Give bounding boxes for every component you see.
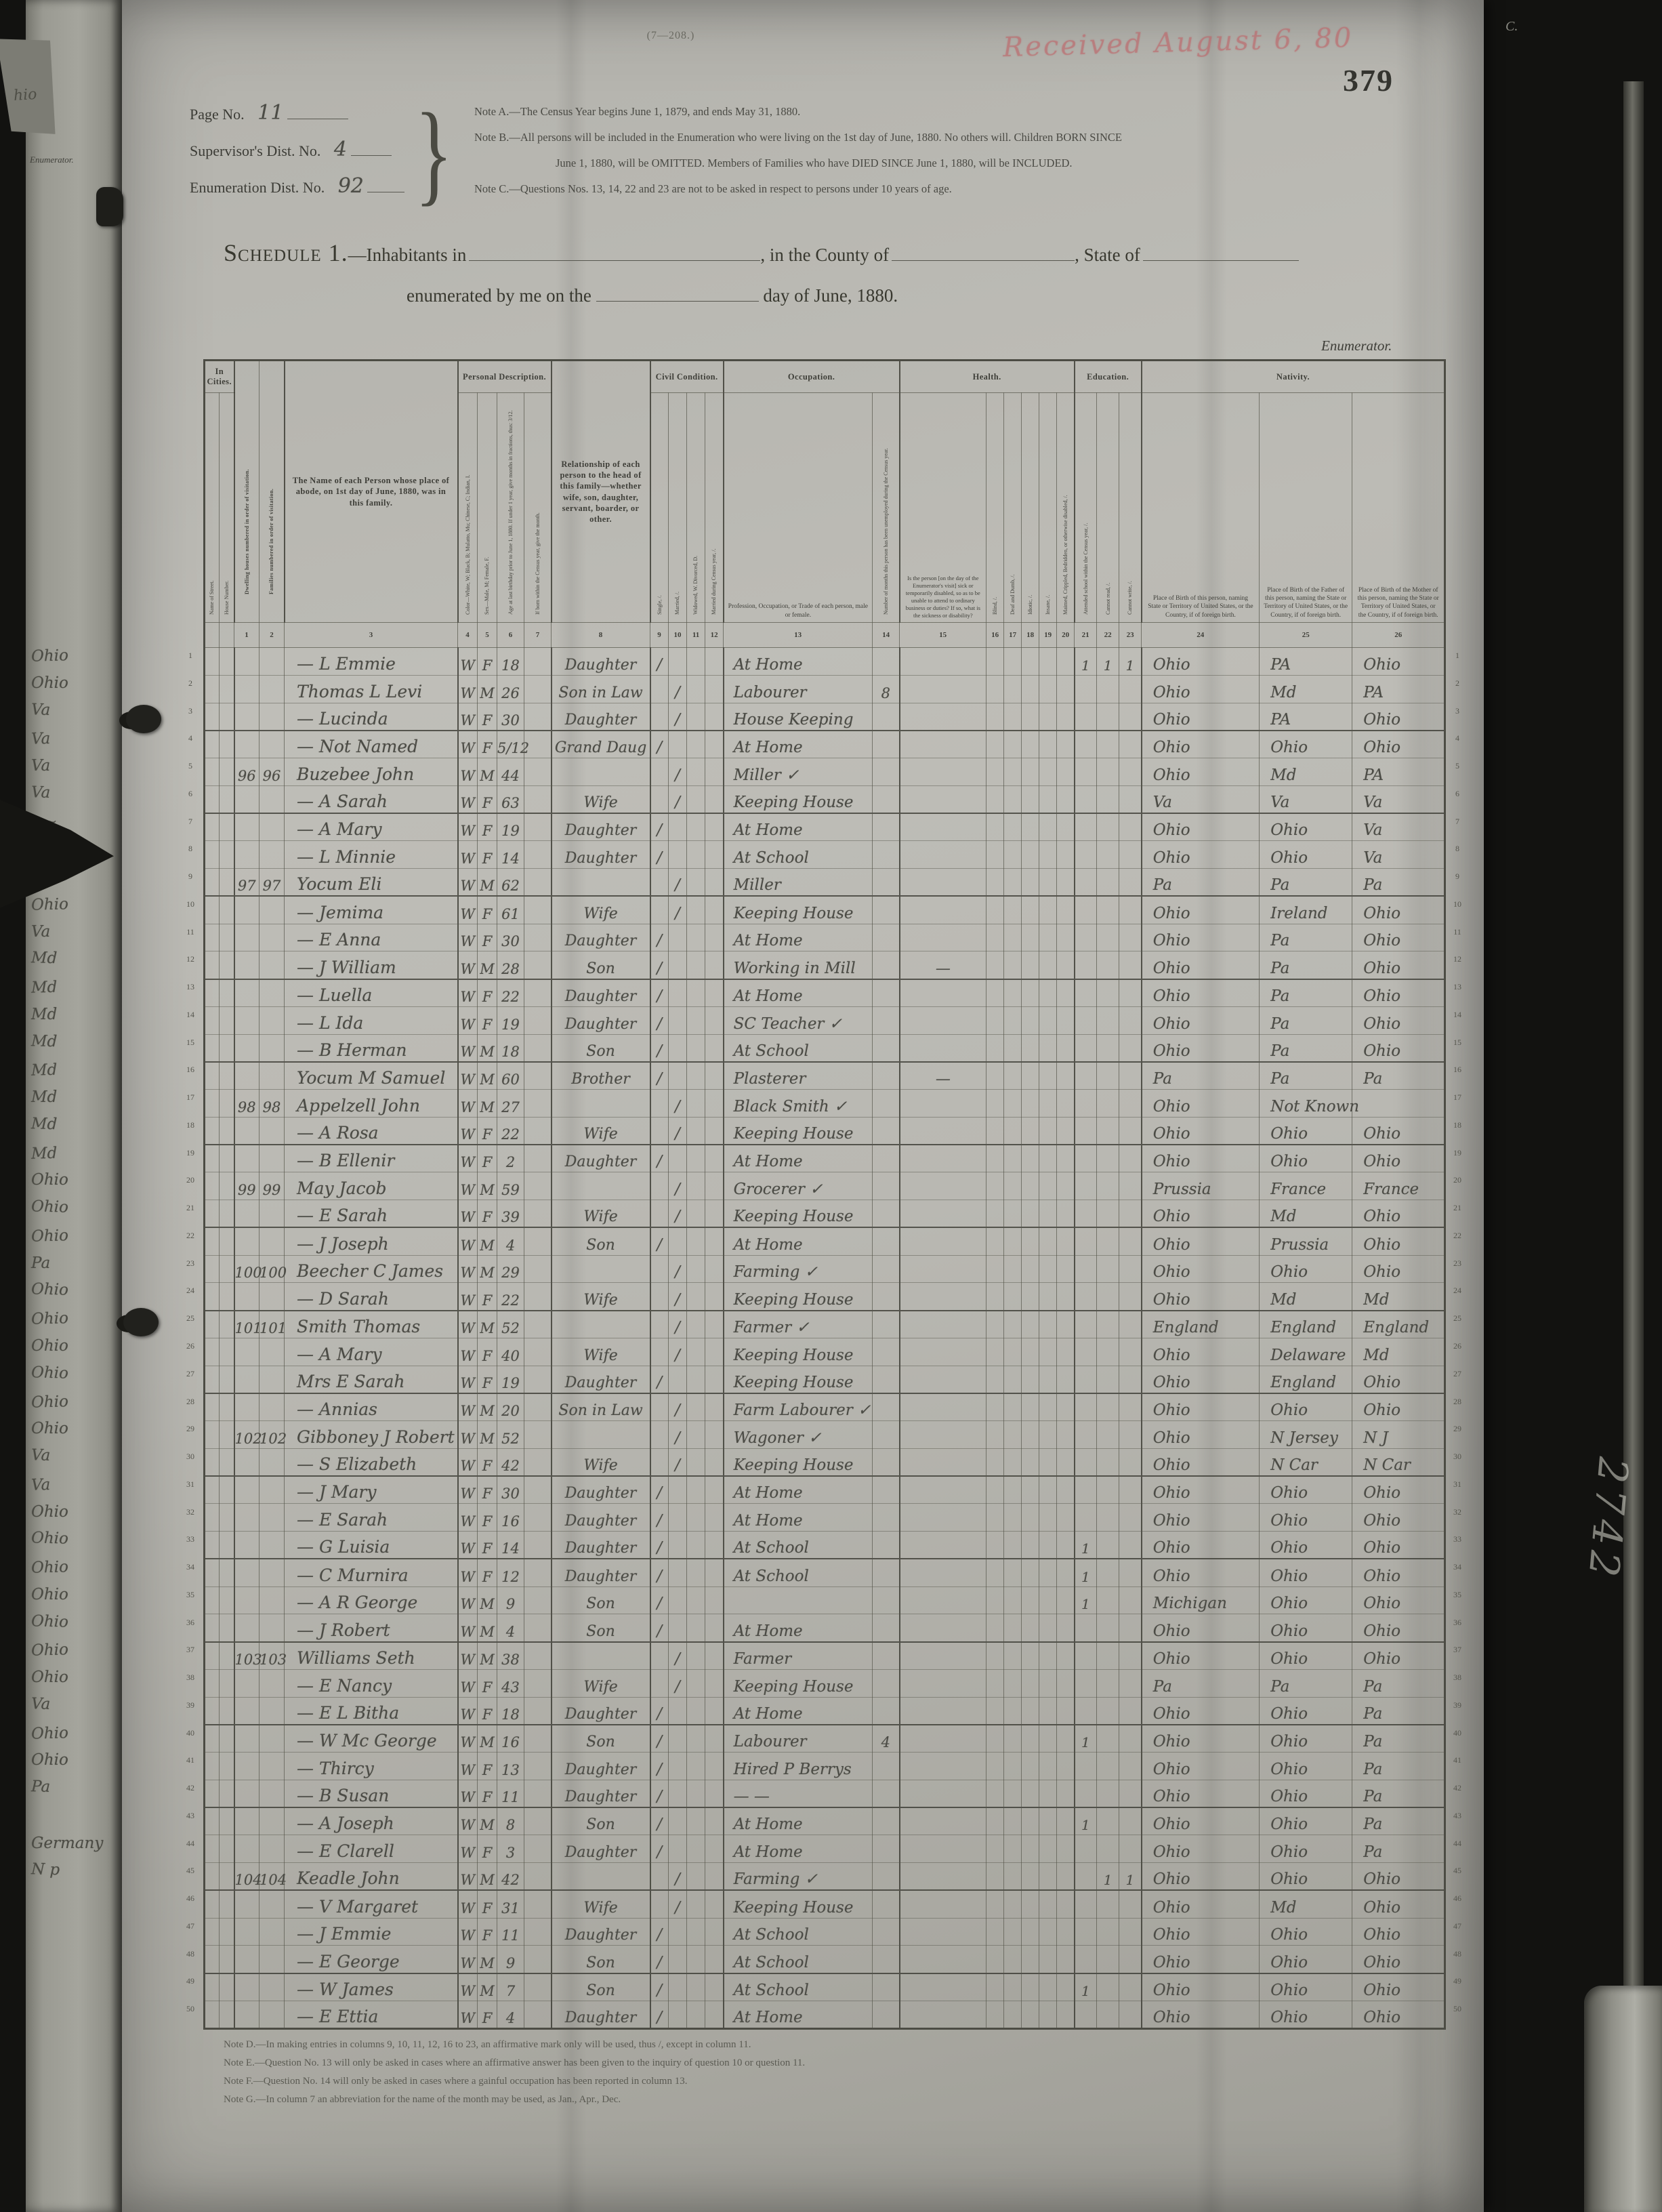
- column-number: 25: [1260, 623, 1352, 648]
- cell-cannot-write: [1119, 1062, 1142, 1090]
- row-number: 20: [180, 1175, 201, 1185]
- cell-dwelling-no: [234, 1283, 259, 1311]
- cell-birthplace-father: Pa: [1260, 1062, 1352, 1090]
- census-table-body: — L EmmieWF18Daughter/At Home111OhioPAOh…: [205, 648, 1445, 2029]
- cell-maimed: [1057, 1559, 1075, 1586]
- cell-single: /: [650, 1973, 669, 2001]
- cell-unemployed-months: [873, 1145, 900, 1172]
- cell-cannot-read: [1097, 1559, 1119, 1586]
- table-row: — D SarahWF22Wife/Keeping HouseOhioMdMd: [205, 1283, 1445, 1311]
- cell-maimed: [1057, 1227, 1075, 1255]
- prev-page-entry: Ohio: [31, 1309, 120, 1328]
- cell-birthplace-self: England: [1142, 1311, 1260, 1338]
- cell-deaf: [1004, 1255, 1022, 1283]
- cell-married: [669, 1145, 687, 1172]
- cell-occupation: At Home: [724, 979, 873, 1007]
- cell-insane: [1039, 1172, 1057, 1200]
- cell-family-no: [259, 1283, 285, 1311]
- cell-family-no: [259, 1973, 285, 2001]
- cell-deaf: [1004, 1614, 1022, 1642]
- cell-color: W: [458, 1227, 478, 1255]
- cell-widowed: [687, 1669, 705, 1697]
- prev-page-entry: Ohio: [31, 1612, 120, 1632]
- cell-dwelling-no: [234, 1338, 259, 1366]
- prev-page-entry: Ohio: [31, 894, 120, 914]
- cell-deaf: [1004, 1697, 1022, 1725]
- cell-maimed: [1057, 1393, 1075, 1421]
- cell-deaf: [1004, 813, 1022, 841]
- cell-occupation: Keeping House: [724, 785, 873, 813]
- cell-attended-school: [1075, 785, 1097, 813]
- cell-idiotic: [1022, 1034, 1039, 1062]
- cell-month-born: [524, 758, 552, 786]
- cell-cannot-write: [1119, 1448, 1142, 1476]
- cell-unemployed-months: [873, 1863, 900, 1891]
- cell-insane: [1039, 813, 1057, 841]
- cell-attended-school: [1075, 1890, 1097, 1918]
- binder-ring: [126, 705, 161, 733]
- cell-married-census-year: [705, 951, 724, 979]
- cell-cannot-read: [1097, 841, 1119, 869]
- rule: [287, 119, 348, 119]
- cell-birthplace-father: Pa: [1260, 1006, 1352, 1034]
- cell-cannot-read: [1097, 1227, 1119, 1255]
- cell-house: [220, 1338, 234, 1366]
- cell-maimed: [1057, 2001, 1075, 2028]
- cell-birthplace-mother: Ohio: [1352, 1532, 1445, 1559]
- cell-occupation: At Home: [724, 2001, 873, 2028]
- col-deaf: Deaf and Dumb, /.: [1004, 393, 1022, 623]
- cell-attended-school: [1075, 675, 1097, 703]
- cell-family-no: 100: [259, 1255, 285, 1283]
- row-number: 44: [180, 1839, 201, 1849]
- cell-single: /: [650, 648, 669, 676]
- group-in-cities: In Cities.: [205, 361, 234, 393]
- cell-married: /: [669, 1338, 687, 1366]
- cell-attended-school: [1075, 1835, 1097, 1863]
- cell-name: Buzebee John: [285, 758, 458, 786]
- cell-insane: [1039, 1227, 1057, 1255]
- cell-street: [205, 758, 220, 786]
- column-number: 12: [705, 623, 724, 648]
- prev-page-entry: Va: [31, 701, 120, 720]
- cell-name: — Thircy: [285, 1753, 458, 1780]
- cell-name: — J Joseph: [285, 1227, 458, 1255]
- cell-married-census-year: [705, 1145, 724, 1172]
- cell-cannot-read: [1097, 869, 1119, 897]
- cell-widowed: [687, 1476, 705, 1504]
- cell-birthplace-father: Ohio: [1260, 1973, 1352, 2001]
- column-number: 8: [552, 623, 650, 648]
- cell-month-born: [524, 1780, 552, 1807]
- cell-relationship: [552, 1863, 650, 1891]
- cell-insane: [1039, 785, 1057, 813]
- cell-birthplace-self: Ohio: [1142, 1200, 1260, 1228]
- cell-widowed: [687, 785, 705, 813]
- cell-attended-school: 1: [1075, 1725, 1097, 1753]
- cell-sex: F: [478, 979, 497, 1007]
- cell-dwelling-no: [234, 1973, 259, 2001]
- cell-birthplace-self: Ohio: [1142, 1448, 1260, 1476]
- cell-birthplace-father: Ohio: [1260, 1780, 1352, 1807]
- cell-cannot-read: [1097, 2001, 1119, 2028]
- cell-maimed: [1057, 979, 1075, 1007]
- cell-blind: [986, 1946, 1004, 1973]
- table-row: Mrs E SarahWF19Daughter/Keeping HouseOhi…: [205, 1366, 1445, 1393]
- table-row: — A MaryWF19Daughter/At HomeOhioOhioVa: [205, 813, 1445, 841]
- cell-insane: [1039, 1034, 1057, 1062]
- cell-birthplace-self: Ohio: [1142, 1393, 1260, 1421]
- cell-month-born: [524, 1090, 552, 1118]
- cell-cannot-read: [1097, 1532, 1119, 1559]
- page-no-label: Page No.: [190, 106, 245, 123]
- cell-birthplace-self: Ohio: [1142, 924, 1260, 951]
- cell-month-born: [524, 1586, 552, 1614]
- row-number: 23: [180, 1258, 201, 1269]
- cell-occupation: Keeping House: [724, 1117, 873, 1145]
- cell-name: Beecher C James: [285, 1255, 458, 1283]
- cell-color: W: [458, 1145, 478, 1172]
- row-number: 25: [1447, 1313, 1468, 1324]
- cell-idiotic: [1022, 1669, 1039, 1697]
- cell-name: — D Sarah: [285, 1283, 458, 1311]
- row-number: 45: [1447, 1866, 1468, 1876]
- cell-family-no: 104: [259, 1863, 285, 1891]
- cell-sick: [900, 1532, 986, 1559]
- cell-birthplace-mother: Ohio: [1352, 1504, 1445, 1532]
- row-number: 13: [1447, 982, 1468, 992]
- cell-insane: [1039, 1062, 1057, 1090]
- note-g: Note G.—In column 7 an abbreviation for …: [224, 2091, 1416, 2109]
- row-number: 29: [1447, 1424, 1468, 1434]
- row-number: 20: [1447, 1175, 1468, 1185]
- cell-street: [205, 1669, 220, 1697]
- cell-color: W: [458, 1697, 478, 1725]
- cell-attended-school: [1075, 1145, 1097, 1172]
- cell-street: [205, 1504, 220, 1532]
- cell-married: [669, 648, 687, 676]
- cell-house: [220, 1034, 234, 1062]
- cell-sex: F: [478, 1366, 497, 1393]
- col-month-born: If born within the Census year, give the…: [524, 393, 552, 623]
- cell-deaf: [1004, 1393, 1022, 1421]
- blank-state: [1143, 244, 1299, 261]
- cell-deaf: [1004, 1421, 1022, 1449]
- cell-dwelling-no: [234, 951, 259, 979]
- cell-color: W: [458, 1172, 478, 1200]
- cell-sex: M: [478, 1034, 497, 1062]
- cell-month-born: [524, 841, 552, 869]
- cell-insane: [1039, 1145, 1057, 1172]
- cell-married: [669, 841, 687, 869]
- cell-birthplace-mother: France: [1352, 1172, 1445, 1200]
- cell-age: 28: [497, 951, 524, 979]
- table-header: In Cities. Dwelling houses numbered in o…: [205, 361, 1445, 648]
- cell-cannot-write: [1119, 1090, 1142, 1118]
- row-number: 17: [1447, 1092, 1468, 1103]
- cell-cannot-read: [1097, 703, 1119, 731]
- row-number: 7: [1447, 817, 1468, 827]
- cell-idiotic: [1022, 1807, 1039, 1835]
- cell-dwelling-no: [234, 1117, 259, 1145]
- notes-top: Note A.—The Census Year begins June 1, 1…: [474, 99, 1470, 202]
- cell-color: W: [458, 1890, 478, 1918]
- table-row: — E SarahWF16Daughter/At HomeOhioOhioOhi…: [205, 1504, 1445, 1532]
- cell-birthplace-father: Md: [1260, 1283, 1352, 1311]
- cell-idiotic: [1022, 1393, 1039, 1421]
- cell-cannot-write: [1119, 951, 1142, 979]
- cell-cannot-write: [1119, 1366, 1142, 1393]
- cell-cannot-read: [1097, 1753, 1119, 1780]
- cell-name: Yocum M Samuel: [285, 1062, 458, 1090]
- cell-age: 7: [497, 1973, 524, 2001]
- cell-age: 22: [497, 1117, 524, 1145]
- cell-idiotic: [1022, 813, 1039, 841]
- cell-unemployed-months: [873, 731, 900, 758]
- cell-unemployed-months: [873, 1283, 900, 1311]
- cell-deaf: [1004, 841, 1022, 869]
- cell-maimed: [1057, 758, 1075, 786]
- row-number: 22: [1447, 1231, 1468, 1241]
- row-number: 5: [180, 761, 201, 771]
- cell-married: [669, 1835, 687, 1863]
- prev-page-entry: Ohio: [31, 1337, 119, 1355]
- cell-month-born: [524, 869, 552, 897]
- cell-maimed: [1057, 1532, 1075, 1559]
- cell-occupation: Farmer: [724, 1642, 873, 1670]
- cell-color: W: [458, 1366, 478, 1393]
- cell-birthplace-mother: Ohio: [1352, 1890, 1445, 1918]
- column-number: 16: [986, 623, 1004, 648]
- cell-color: W: [458, 675, 478, 703]
- cell-unemployed-months: [873, 924, 900, 951]
- col-maimed: Maimed, Crippled, Bedridden, or otherwis…: [1057, 393, 1075, 623]
- cell-maimed: [1057, 675, 1075, 703]
- row-number: 15: [1447, 1038, 1468, 1048]
- cell-birthplace-self: Ohio: [1142, 1807, 1260, 1835]
- cell-birthplace-mother: Ohio: [1352, 1973, 1445, 2001]
- cell-blind: [986, 1311, 1004, 1338]
- cell-street: [205, 1780, 220, 1807]
- cell-idiotic: [1022, 1890, 1039, 1918]
- row-number: 49: [1447, 1976, 1468, 1986]
- cell-family-no: [259, 1559, 285, 1586]
- cell-name: — L Emmie: [285, 648, 458, 676]
- cell-married-census-year: [705, 896, 724, 924]
- cell-color: W: [458, 979, 478, 1007]
- cell-maimed: [1057, 1090, 1075, 1118]
- cell-color: W: [458, 1946, 478, 1973]
- row-number: 34: [1447, 1562, 1468, 1572]
- cell-sex: F: [478, 1918, 497, 1946]
- cell-birthplace-father: Pa: [1260, 924, 1352, 951]
- cell-relationship: Son: [552, 1586, 650, 1614]
- cell-birthplace-self: Pa: [1142, 1062, 1260, 1090]
- cell-sick: [900, 1669, 986, 1697]
- cell-birthplace-self: Ohio: [1142, 1283, 1260, 1311]
- table-row: — L EmmieWF18Daughter/At Home111OhioPAOh…: [205, 648, 1445, 676]
- cell-birthplace-mother: Ohio: [1352, 1255, 1445, 1283]
- cell-blind: [986, 1807, 1004, 1835]
- cell-age: 19: [497, 1366, 524, 1393]
- cell-single: [650, 1200, 669, 1228]
- cell-birthplace-mother: Ohio: [1352, 1476, 1445, 1504]
- cell-maimed: [1057, 1034, 1075, 1062]
- cell-occupation: [724, 1586, 873, 1614]
- prev-page-entry: Md: [31, 1032, 120, 1052]
- cell-birthplace-father: Ireland: [1260, 896, 1352, 924]
- cell-cannot-read: [1097, 1338, 1119, 1366]
- cell-color: W: [458, 869, 478, 897]
- row-number: 22: [180, 1231, 201, 1241]
- cell-cannot-write: 1: [1119, 648, 1142, 676]
- cell-married: [669, 1697, 687, 1725]
- cell-name: — E Clarell: [285, 1835, 458, 1863]
- cell-sex: M: [478, 1393, 497, 1421]
- cell-cannot-write: [1119, 675, 1142, 703]
- cell-birthplace-self: Ohio: [1142, 1946, 1260, 1973]
- row-number: 25: [180, 1313, 201, 1324]
- cell-married-census-year: [705, 1863, 724, 1891]
- cell-relationship: Wife: [552, 1669, 650, 1697]
- cell-idiotic: [1022, 1283, 1039, 1311]
- cell-relationship: Daughter: [552, 1780, 650, 1807]
- table-row: — LuellaWF22Daughter/At HomeOhioPaOhio: [205, 979, 1445, 1007]
- table-row: — B EllenirWF2Daughter/At HomeOhioOhioOh…: [205, 1145, 1445, 1172]
- cell-idiotic: [1022, 1863, 1039, 1891]
- notes-bottom: Note D.—In making entries in columns 9, …: [224, 2036, 1416, 2109]
- col-street: Name of Street.: [205, 393, 220, 623]
- cell-dwelling-no: 96: [234, 758, 259, 786]
- cell-maimed: [1057, 924, 1075, 951]
- cell-insane: [1039, 1669, 1057, 1697]
- cell-widowed: [687, 648, 705, 676]
- cell-sex: F: [478, 2001, 497, 2028]
- cell-street: [205, 1586, 220, 1614]
- cell-dwelling-no: [234, 1227, 259, 1255]
- cell-name: Appelzell John: [285, 1090, 458, 1118]
- cell-street: [205, 1090, 220, 1118]
- cell-maimed: [1057, 813, 1075, 841]
- cell-married-census-year: [705, 703, 724, 731]
- enumeration-label: Enumeration Dist. No.: [190, 179, 325, 196]
- cell-sex: M: [478, 1090, 497, 1118]
- cell-insane: [1039, 1476, 1057, 1504]
- cell-cannot-write: [1119, 1117, 1142, 1145]
- cell-street: [205, 1532, 220, 1559]
- cell-idiotic: [1022, 675, 1039, 703]
- cell-insane: [1039, 979, 1057, 1007]
- row-number: 38: [1447, 1673, 1468, 1683]
- cell-cannot-write: [1119, 1255, 1142, 1283]
- cell-idiotic: [1022, 1062, 1039, 1090]
- cell-married-census-year: [705, 785, 724, 813]
- cell-married-census-year: [705, 1117, 724, 1145]
- column-number: 1: [234, 623, 259, 648]
- cell-birthplace-father: Ohio: [1260, 1946, 1352, 1973]
- column-number: [205, 623, 220, 648]
- cell-age: 11: [497, 1780, 524, 1807]
- cell-attended-school: [1075, 758, 1097, 786]
- cell-dwelling-no: [234, 924, 259, 951]
- cell-single: [650, 1117, 669, 1145]
- cell-sex: F: [478, 1559, 497, 1586]
- cell-name: — A Joseph: [285, 1807, 458, 1835]
- cell-house: [220, 924, 234, 951]
- cell-family-no: [259, 1062, 285, 1090]
- cell-house: [220, 1973, 234, 2001]
- cell-widowed: [687, 1863, 705, 1891]
- row-number: 43: [180, 1811, 201, 1821]
- cell-blind: [986, 1504, 1004, 1532]
- prev-page-entry: Md: [31, 1088, 119, 1106]
- cell-widowed: [687, 1780, 705, 1807]
- cell-insane: [1039, 1807, 1057, 1835]
- cell-blind: [986, 1227, 1004, 1255]
- cell-street: [205, 1448, 220, 1476]
- row-number: 11: [1447, 927, 1468, 937]
- row-number: 39: [180, 1700, 201, 1711]
- cell-idiotic: [1022, 1532, 1039, 1559]
- cell-cannot-read: [1097, 1366, 1119, 1393]
- cell-sick: —: [900, 1062, 986, 1090]
- cell-deaf: [1004, 1476, 1022, 1504]
- cell-family-no: [259, 1476, 285, 1504]
- cell-married-census-year: [705, 1393, 724, 1421]
- cell-house: [220, 1504, 234, 1532]
- cell-deaf: [1004, 951, 1022, 979]
- cell-idiotic: [1022, 1753, 1039, 1780]
- cell-married-census-year: [705, 813, 724, 841]
- cell-cannot-write: [1119, 1918, 1142, 1946]
- cell-birthplace-father: Pa: [1260, 1034, 1352, 1062]
- cell-family-no: 97: [259, 869, 285, 897]
- cell-dwelling-no: [234, 1780, 259, 1807]
- cell-insane: [1039, 1200, 1057, 1228]
- cell-name: Mrs E Sarah: [285, 1366, 458, 1393]
- cell-dwelling-no: [234, 1946, 259, 1973]
- cell-unemployed-months: [873, 1973, 900, 2001]
- cell-blind: [986, 1338, 1004, 1366]
- cell-deaf: [1004, 896, 1022, 924]
- cell-family-no: [259, 675, 285, 703]
- table-row: — LucindaWF30Daughter/House KeepingOhioP…: [205, 703, 1445, 731]
- cell-insane: [1039, 1311, 1057, 1338]
- cell-family-no: [259, 2001, 285, 2028]
- cell-sex: M: [478, 869, 497, 897]
- prev-page-entry: Pa: [31, 1778, 120, 1797]
- cell-married-census-year: [705, 675, 724, 703]
- cell-dwelling-no: [234, 703, 259, 731]
- cell-house: [220, 1283, 234, 1311]
- cell-sick: [900, 896, 986, 924]
- cell-cannot-write: [1119, 731, 1142, 758]
- row-number: 14: [1447, 1010, 1468, 1020]
- cell-relationship: [552, 1172, 650, 1200]
- table-row: — A MaryWF40Wife/Keeping HouseOhioDelawa…: [205, 1338, 1445, 1366]
- cell-deaf: [1004, 703, 1022, 731]
- row-number: 33: [180, 1534, 201, 1544]
- cell-sick: —: [900, 951, 986, 979]
- cell-sex: F: [478, 1532, 497, 1559]
- col-name: The Name of each Person whose place of a…: [285, 361, 458, 623]
- cell-house: [220, 1753, 234, 1780]
- cell-age: 31: [497, 1890, 524, 1918]
- cell-insane: [1039, 1504, 1057, 1532]
- prev-page-entry: Md: [31, 949, 120, 969]
- row-number: 16: [180, 1065, 201, 1075]
- cell-age: 59: [497, 1172, 524, 1200]
